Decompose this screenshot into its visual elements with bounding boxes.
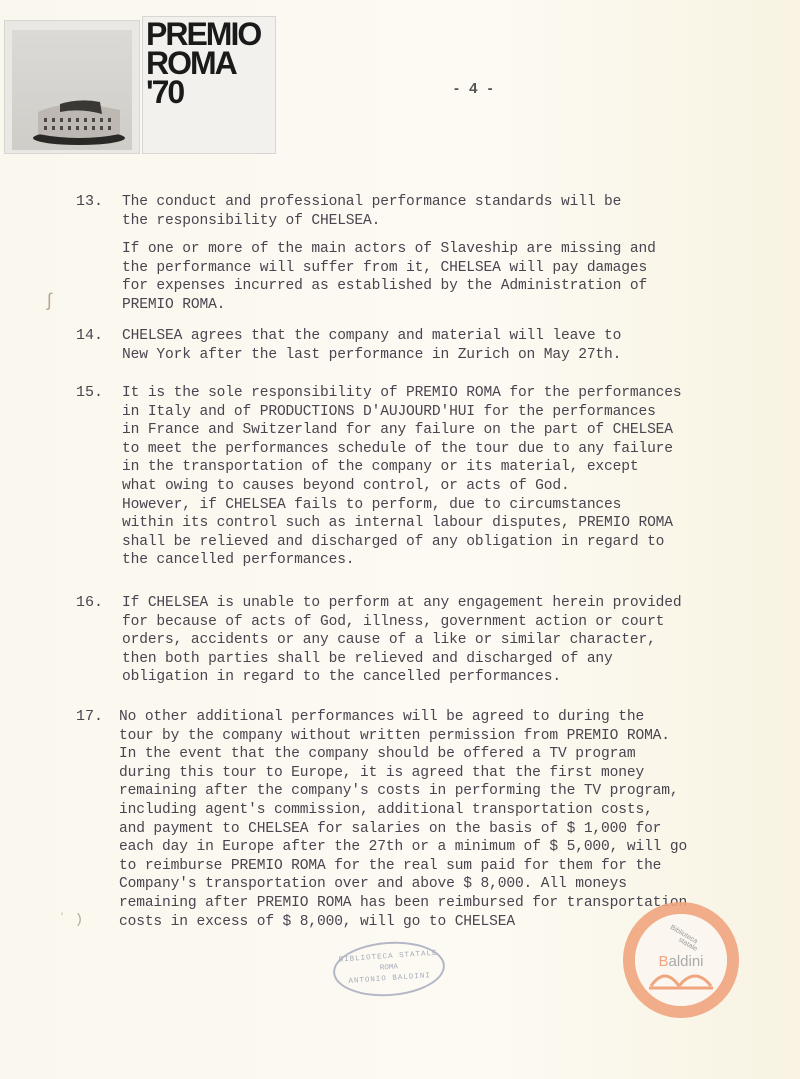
text-line: CHELSEA agrees that the company and mate… <box>122 327 621 346</box>
logo-line: '70 <box>146 78 260 107</box>
text-line: in the transportation of the company or … <box>122 458 682 477</box>
clause-number: 16. <box>76 594 103 613</box>
text-line: for because of acts of God, illness, gov… <box>122 613 682 632</box>
svg-text:Baldini: Baldini <box>658 953 703 970</box>
text-line: within its control such as internal labo… <box>122 514 682 533</box>
text-line: during this tour to Europe, it is agreed… <box>119 764 687 783</box>
text-line: PREMIO ROMA. <box>122 296 656 315</box>
text-line: in France and Switzerland for any failur… <box>122 421 682 440</box>
text-line: remaining after PREMIO ROMA has been rei… <box>119 894 687 913</box>
text-line: New York after the last performance in Z… <box>122 346 621 365</box>
clause-number: 13. <box>76 193 103 212</box>
text-line: costs in excess of $ 8,000, will go to C… <box>119 913 687 932</box>
text-line: for expenses incurred as established by … <box>122 277 656 296</box>
baldini-library-seal-icon: Biblioteca statale Baldini <box>621 900 741 1020</box>
text-line: orders, accidents or any cause of a like… <box>122 631 682 650</box>
text-line: to reimburse PREMIO ROMA for the real su… <box>119 857 687 876</box>
text-line: It is the sole responsibility of PREMIO … <box>122 384 682 403</box>
text-line: tour by the company without written perm… <box>119 727 687 746</box>
text-line: obligation in regard to the cancelled pe… <box>122 668 682 687</box>
text-line: The conduct and professional performance… <box>122 193 656 212</box>
text-line: No other additional performances will be… <box>119 708 687 727</box>
document-page: PREMIO ROMA '70 - 4 - 13. The conduct an… <box>0 0 800 1079</box>
text-line: However, if CHELSEA fails to perform, du… <box>122 496 682 515</box>
page-number: - 4 - <box>454 80 496 97</box>
clause-number: 15. <box>76 384 103 403</box>
text-line: each day in Europe after the 27th or a m… <box>119 838 687 857</box>
margin-mark: ʿ ) <box>58 912 83 928</box>
colosseum-icon <box>30 94 128 146</box>
text-line: shall be relieved and discharged of any … <box>122 533 682 552</box>
text-line: what owing to causes beyond control, or … <box>122 477 682 496</box>
text-line: in Italy and of PRODUCTIONS D'AUJOURD'HU… <box>122 403 682 422</box>
text-line: If CHELSEA is unable to perform at any e… <box>122 594 682 613</box>
logo-text: PREMIO ROMA '70 <box>146 20 260 107</box>
margin-mark: ʃ <box>44 292 55 312</box>
text-line: the performance will suffer from it, CHE… <box>122 259 656 278</box>
text-line: including agent's commission, additional… <box>119 801 687 820</box>
text-line: to meet the performances schedule of the… <box>122 440 682 459</box>
clause-number: 14. <box>76 327 103 346</box>
text-line: In the event that the company should be … <box>119 745 687 764</box>
library-stamp: BIBLIOTECA STATALE ROMA ANTONIO BALDINI <box>331 938 446 1000</box>
text-line: and payment to CHELSEA for salaries on t… <box>119 820 687 839</box>
text-line: If one or more of the main actors of Sla… <box>122 240 656 259</box>
text-line: then both parties shall be relieved and … <box>122 650 682 669</box>
clause-number: 17. <box>76 708 103 727</box>
text-line: the cancelled performances. <box>122 551 682 570</box>
text-line: Company's transportation over and above … <box>119 875 687 894</box>
text-line: the responsibility of CHELSEA. <box>122 212 656 231</box>
text-line: remaining after the company's costs in p… <box>119 782 687 801</box>
premio-roma-logo: PREMIO ROMA '70 <box>0 6 282 152</box>
